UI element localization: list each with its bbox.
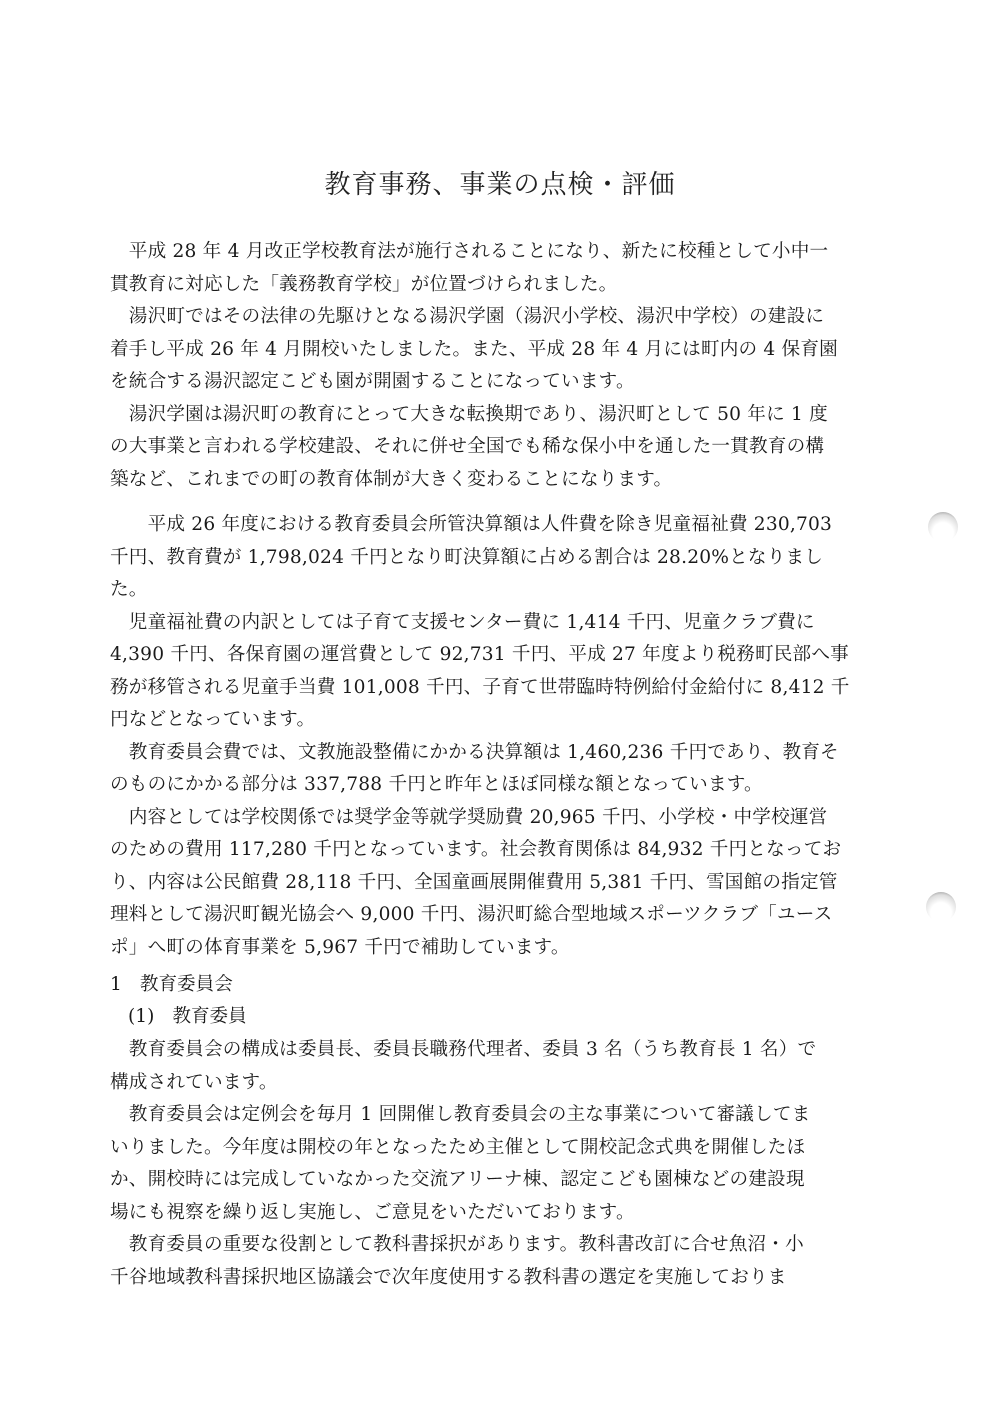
text-line: いりました。今年度は開校の年となったため主催として開校記念式典を開催したほ <box>110 1132 900 1165</box>
subsection-number: (1) <box>128 1006 154 1027</box>
text-line: か、開校時には完成していなかった交流アリーナ棟、認定こども園棟などの建設現 <box>110 1164 900 1197</box>
text-line: ポ」へ町の体育事業を 5,967 千円で補助しています。 <box>110 932 900 965</box>
text-line: た。 <box>110 574 900 607</box>
text-line: 教育委員会の構成は委員長、委員長職務代理者、委員 3 名（うち教育長 1 名）で <box>110 1034 900 1067</box>
section-heading: 1教育委員会 <box>110 970 233 996</box>
text-line: 築など、これまでの町の教育体制が大きく変わることになります。 <box>110 464 900 497</box>
punch-hole-mark <box>926 892 956 922</box>
document-page: 教育事務、事業の点検・評価 平成 28 年 4 月改正学校教育法が施行されること… <box>0 0 1000 1414</box>
subsection-title: 教育委員 <box>172 1006 246 1027</box>
text-line: 場にも視察を繰り返し実施し、ご意見をいただいております。 <box>110 1197 900 1230</box>
text-line: 平成 28 年 4 月改正学校教育法が施行されることになり、新たに校種として小中… <box>110 236 900 269</box>
text-line: 教育委員の重要な役割として教科書採択があります。教科書改訂に合せ魚沼・小 <box>110 1229 900 1262</box>
text-line: 児童福祉費の内訳としては子育て支援センター費に 1,414 千円、児童クラブ費に <box>110 607 900 640</box>
text-line: 4,390 千円、各保育園の運営費として 92,731 千円、平成 27 年度よ… <box>110 639 900 672</box>
text-line: 教育委員会は定例会を毎月 1 回開催し教育委員会の主な事業について審議してま <box>110 1099 900 1132</box>
subsection-heading: (1)教育委員 <box>128 1002 247 1028</box>
text-line: のものにかかる部分は 337,788 千円と昨年とほぼ同様な額となっています。 <box>110 769 900 802</box>
text-line: 務が移管される児童手当費 101,008 千円、子育て世帯臨時特例給付金給付に … <box>110 672 900 705</box>
text-line: 理料として湯沢町観光協会へ 9,000 千円、湯沢町総合型地域スポーツクラブ「ユ… <box>110 899 900 932</box>
page-title: 教育事務、事業の点検・評価 <box>0 164 1000 201</box>
text-line: 平成 26 年度における教育委員会所管決算額は人件費を除き児童福祉費 230,7… <box>110 509 900 542</box>
text-line: 構成されています。 <box>110 1067 900 1100</box>
text-line: 円などとなっています。 <box>110 704 900 737</box>
text-line: 千谷地域教科書採択地区協議会で次年度使用する教科書の選定を実施しておりま <box>110 1262 900 1295</box>
text-line: の大事業と言われる学校建設、それに併せ全国でも稀な保小中を通した一貫教育の構 <box>110 431 900 464</box>
text-line: り、内容は公民館費 28,118 千円、全国童画展開催費用 5,381 千円、雪… <box>110 867 900 900</box>
text-line: 教育委員会費では、文教施設整備にかかる決算額は 1,460,236 千円であり、… <box>110 737 900 770</box>
budget-section: 平成 26 年度における教育委員会所管決算額は人件費を除き児童福祉費 230,7… <box>110 509 900 964</box>
text-line: 着手し平成 26 年 4 月開校いたしました。また、平成 28 年 4 月には町… <box>110 334 900 367</box>
text-line: 湯沢学園は湯沢町の教育にとって大きな転換期であり、湯沢町として 50 年に 1 … <box>110 399 900 432</box>
text-line: 千円、教育費が 1,798,024 千円となり町決算額に占める割合は 28.20… <box>110 542 900 575</box>
committee-section: 教育委員会の構成は委員長、委員長職務代理者、委員 3 名（うち教育長 1 名）で… <box>110 1034 900 1294</box>
section-title: 教育委員会 <box>140 974 233 995</box>
punch-hole-mark <box>928 512 958 542</box>
intro-section: 平成 28 年 4 月改正学校教育法が施行されることになり、新たに校種として小中… <box>110 236 900 496</box>
text-line: 湯沢町ではその法律の先駆けとなる湯沢学園（湯沢小学校、湯沢中学校）の建設に <box>110 301 900 334</box>
text-line: を統合する湯沢認定こども園が開園することになっています。 <box>110 366 900 399</box>
text-line: のための費用 117,280 千円となっています。社会教育関係は 84,932 … <box>110 834 900 867</box>
text-line: 貫教育に対応した「義務教育学校」が位置づけられました。 <box>110 269 900 302</box>
section-number: 1 <box>110 974 122 995</box>
text-line: 内容としては学校関係では奨学金等就学奨励費 20,965 千円、小学校・中学校運… <box>110 802 900 835</box>
